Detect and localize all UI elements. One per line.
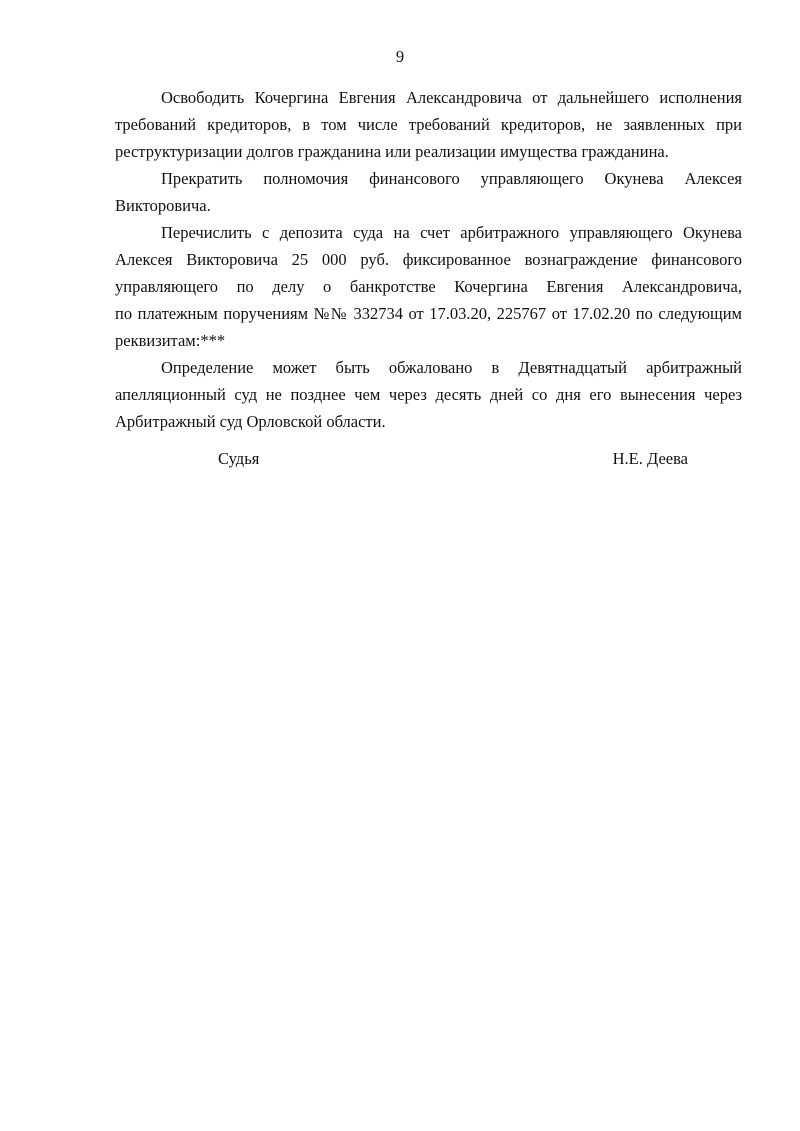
text-line: по платежным поручениям №№ 332734 от 17.… — [115, 300, 742, 327]
text-line: реструктуризации долгов гражданина или р… — [115, 138, 742, 165]
text-line: требований кредиторов, в том числе требо… — [115, 111, 742, 138]
paragraph-terminate-manager: Прекратить полномочия финансового управл… — [115, 165, 742, 219]
signature-name: Н.Е. Деева — [613, 445, 688, 472]
paragraph-appeal-notice: Определение может быть обжаловано в Девя… — [115, 354, 742, 435]
text-line: реквизитам:*** — [115, 327, 742, 354]
document-page: 9 Освободить Кочергина Евгения Александр… — [0, 0, 800, 1131]
text-line: Прекратить полномочия финансового управл… — [115, 165, 742, 192]
signature-block: Судья Н.Е. Деева — [0, 445, 800, 472]
text-line: Освободить Кочергина Евгения Александров… — [115, 84, 742, 111]
text-line: Алексея Викторовича 25 000 руб. фиксиров… — [115, 246, 742, 273]
page-number: 9 — [0, 47, 800, 67]
document-body: Освободить Кочергина Евгения Александров… — [115, 84, 742, 435]
text-line: Определение может быть обжаловано в Девя… — [115, 354, 742, 381]
text-line: Арбитражный суд Орловской области. — [115, 408, 742, 435]
text-line: Викторовича. — [115, 192, 742, 219]
paragraph-transfer-fee: Перечислить с депозита суда на счет арби… — [115, 219, 742, 354]
paragraph-release-debtor: Освободить Кочергина Евгения Александров… — [115, 84, 742, 165]
text-line: Перечислить с депозита суда на счет арби… — [115, 219, 742, 246]
signature-title: Судья — [218, 445, 259, 472]
text-line: управляющего по делу о банкротстве Кочер… — [115, 273, 742, 300]
text-line: апелляционный суд не позднее чем через д… — [115, 381, 742, 408]
